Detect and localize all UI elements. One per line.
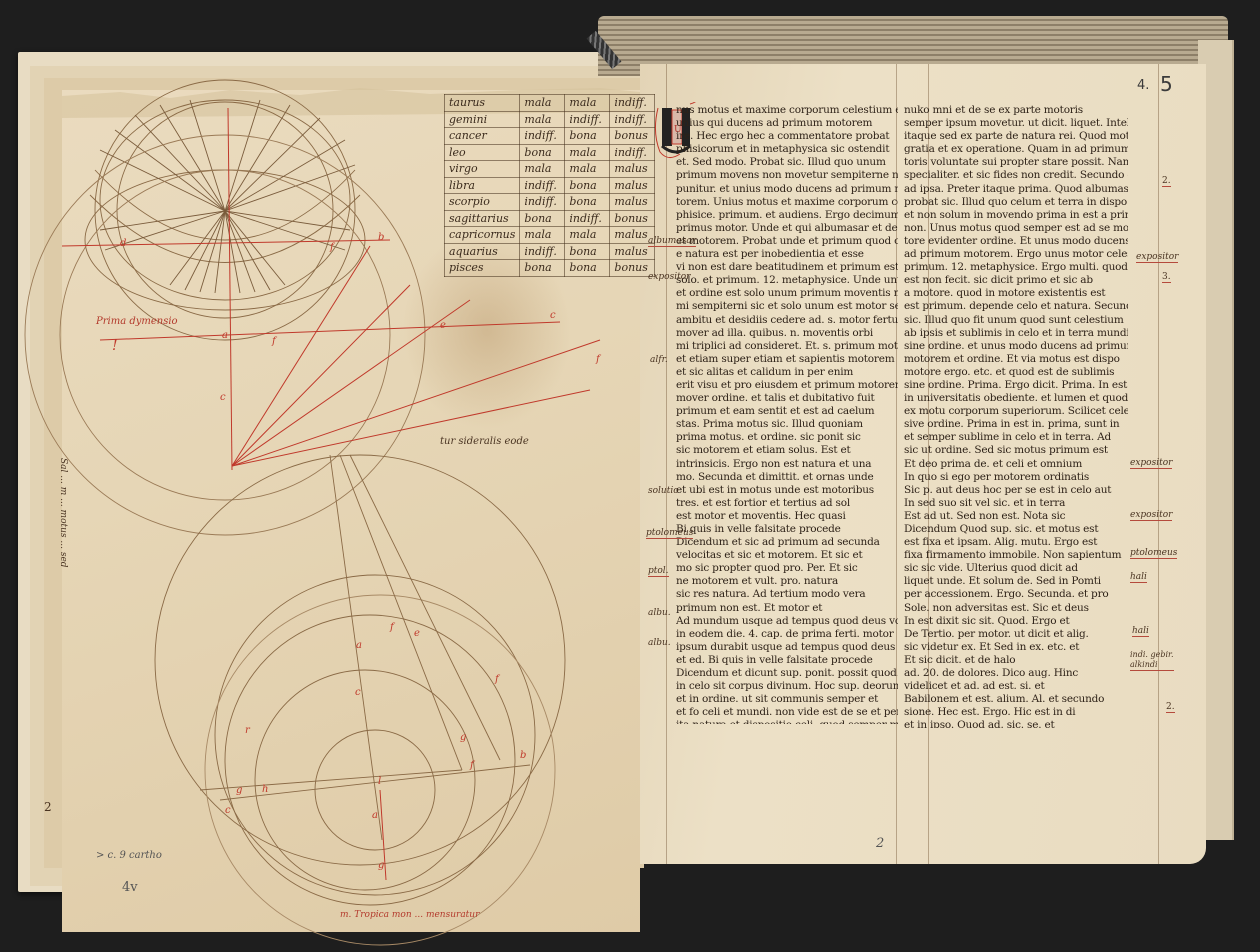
manuscript-text-line: Sic p. aut deus hoc per se est in celo a… — [904, 484, 1128, 497]
margin-note: hali — [1130, 572, 1147, 583]
manuscript-text-line: primum. 12. metaphysice. Ergo multi. quo… — [904, 261, 1128, 274]
quality-cell: bona — [565, 128, 610, 145]
svg-text:b: b — [378, 232, 384, 243]
manuscript-text-line: in eodem die. 4. cap. de prima ferti. mo… — [676, 628, 898, 641]
manuscript-text-line: sic. Illud quo fit unum quod sunt celest… — [904, 314, 1128, 327]
quality-cell: bona — [565, 243, 610, 260]
manuscript-text-line: punitur. et unius modo ducens ad primum … — [676, 183, 898, 196]
quality-cell: mala — [565, 144, 610, 161]
manuscript-text-line: ipsum durabit usque ad tempus quod deus … — [676, 641, 898, 654]
manuscript-text-line: primum movens non movetur sempiterne nec — [676, 169, 898, 182]
quality-cell: indiff. — [610, 111, 655, 128]
quality-cell: indiff. — [520, 128, 565, 145]
quality-cell: mala — [520, 227, 565, 244]
folio-number: 5 — [1160, 72, 1173, 96]
margin-note: ptol. — [648, 566, 669, 577]
manuscript-text-line: fixa firmamento immobile. Non sapientum — [904, 549, 1128, 562]
manuscript-text-line: mover ad illa. quibus. n. moventis orbi — [676, 327, 898, 340]
manuscript-text-line: et. Sed modo. Probat sic. Illud quo unum — [676, 156, 898, 169]
svg-text:b: b — [520, 750, 526, 761]
svg-text:f: f — [389, 622, 396, 633]
svg-text:c: c — [220, 392, 226, 403]
manuscript-text-line: Dicendum et dicunt sup. ponit. possit qu… — [676, 667, 898, 680]
manuscript-text-line: In sed suo sit vel sic. et in terra — [904, 497, 1128, 510]
sign-cell: gemini — [445, 111, 520, 128]
manuscript-text-line: nus motus et maxime corporum celestium e… — [676, 104, 898, 117]
manuscript-text-line: in celo sit corpus divinum. Hoc sup. deo… — [676, 680, 898, 693]
manuscript-text-line: ad primum motorem. Ergo unus motor celes… — [904, 248, 1128, 261]
manuscript-text-line: Sole. non adversitas est. Sic et deus — [904, 602, 1128, 615]
manuscript-text-line: sine ordine. et unus modo ducens ad prim… — [904, 340, 1128, 353]
folio-label-4v: 4v — [122, 880, 138, 895]
manuscript-text-line: tres. et est fortior et tertius ad sol — [676, 497, 898, 510]
manuscript-text-line: et semper sublime in celo et in terra. A… — [904, 431, 1128, 444]
table-row: cancerindiff.bonabonus — [445, 128, 655, 145]
svg-text:f: f — [271, 336, 278, 347]
manuscript-text-line: non. Unus motus quod semper est ad se mo… — [904, 222, 1128, 235]
quality-cell: mala — [520, 95, 565, 112]
sign-cell: sagittarius — [445, 210, 520, 227]
text-column-2: nuko mni et de se ex parte motorissemper… — [904, 104, 1128, 728]
manuscript-text-line: sic res natura. Ad tertium modo vera — [676, 588, 898, 601]
gutter-note: Sal ... m ... motus ... sed — [52, 458, 68, 568]
manuscript-text-line: et ordine est solo unum primum moventis … — [676, 287, 898, 300]
manuscript-text-line: ex motu corporum superiorum. Scilicet ce… — [904, 405, 1128, 418]
manuscript-text-line: toris voluntate sui propter stare possit… — [904, 156, 1128, 169]
manuscript-text-line: sic ut ordine. Sed sic motus primum est — [904, 444, 1128, 457]
manuscript-text-line: Est ad ut. Sed non est. Nota sic — [904, 510, 1128, 523]
folio-number-old: 4. — [1137, 78, 1149, 93]
margin-note: albu. — [648, 638, 671, 648]
sign-cell: scorpio — [445, 194, 520, 211]
manuscript-text-line: unius qui ducens ad primum motorem — [676, 117, 898, 130]
sign-cell: pisces — [445, 260, 520, 277]
quality-cell: bona — [520, 144, 565, 161]
pencil-note: > c. 9 cartho — [96, 850, 162, 861]
quality-cell: malus — [610, 161, 655, 178]
manuscript-text-line: ita natura et dispositio celi. quod semp… — [676, 719, 898, 724]
manuscript-text-line: mi triplici ad consideret. Et. s. primum… — [676, 340, 898, 353]
manuscript-text-line: et ed. Bi quis in velle falsitate proced… — [676, 654, 898, 667]
table-row: virgomalamalamalus — [445, 161, 655, 178]
manuscript-text-line: ambitu et desidiis cedere ad. s. motor f… — [676, 314, 898, 327]
quality-cell: indiff. — [520, 194, 565, 211]
margin-note: 2. — [1162, 176, 1171, 187]
manuscript-text-line: sic motorem et etiam solus. Est et — [676, 444, 898, 457]
quality-cell: malus — [610, 177, 655, 194]
manuscript-text-line: Dicendum et sic ad primum ad secunda — [676, 536, 898, 549]
quality-cell: bona — [565, 177, 610, 194]
manuscript-text-line: mi sempiterni sic et solo unum est motor… — [676, 300, 898, 313]
quality-cell: bonus — [610, 128, 655, 145]
manuscript-text-line: sic sic vide. Ulterius quod dicit ad — [904, 562, 1128, 575]
margin-note: albu. — [648, 608, 671, 618]
manuscript-text-line: per accessionem. Ergo. Secunda. et pro — [904, 588, 1128, 601]
manuscript-text-line: videlicet et ad. ad est. si. et — [904, 680, 1128, 693]
svg-text:h: h — [262, 784, 268, 795]
quality-cell: bonus — [610, 210, 655, 227]
svg-text:a: a — [222, 330, 228, 341]
manuscript-text-line: Babilonem et est. alium. Al. et secundo — [904, 693, 1128, 706]
manuscript-text-line: velocitas et sic et motorem. Et sic et — [676, 549, 898, 562]
manuscript-text-line: mo sic propter quod pro. Per. Et sic — [676, 562, 898, 575]
manuscript-text-line: motore ergo. etc. et quod est de sublimi… — [904, 366, 1128, 379]
red-annotation-prima-dymensio: Prima dymensio — [96, 316, 178, 327]
table-row: aquariusindiff.bonamalus — [445, 243, 655, 260]
quality-cell: bona — [565, 260, 610, 277]
text-column-1: nus motus et maxime corporum celestium e… — [676, 104, 898, 724]
manuscript-text-line: est primum. depende celo et natura. Secu… — [904, 300, 1128, 313]
svg-text:g: g — [460, 732, 466, 743]
sign-cell: taurus — [445, 95, 520, 112]
manuscript-text-line: et in ipso. Quod ad. sic. se. et — [904, 719, 1128, 728]
manuscript-text-line: est non fecit. sic dicit primo et sic ab — [904, 274, 1128, 287]
quality-cell: bona — [520, 260, 565, 277]
margin-note: indi. gebir. alkindi — [1130, 650, 1174, 671]
sign-cell: aquarius — [445, 243, 520, 260]
margin-note: expositor — [648, 272, 690, 282]
manuscript-text-line: ire. Hec ergo hec a commentatore probat — [676, 130, 898, 143]
manuscript-text-line: est fixa et ipsam. Alig. mutu. Ergo est — [904, 536, 1128, 549]
manuscript-text-line: Ad mundum usque ad tempus quod deus volu… — [676, 615, 898, 628]
manuscript-text-line: Bi quis in velle falsitate procede — [676, 523, 898, 536]
manuscript-text-line: sine ordine. Prima. Ergo dicit. Prima. I… — [904, 379, 1128, 392]
manuscript-text-line: motorem et ordine. Et via motus est disp… — [904, 353, 1128, 366]
margin-note: ptolomeus — [646, 528, 693, 539]
svg-text:c: c — [225, 805, 231, 816]
diagram-letter-labels: dbf afe cfc ! afe frc gfb ghl acg — [112, 232, 602, 871]
manuscript-text-line: Et sic dicit. et de halo — [904, 654, 1128, 667]
margin-note: hali — [1132, 626, 1149, 637]
manuscript-text-line: vi non est dare beatitudinem et primum e… — [676, 261, 898, 274]
manuscript-text-line: sic videtur ex. Et Sed in ex. etc. et — [904, 641, 1128, 654]
svg-text:c: c — [355, 687, 361, 698]
manuscript-text-line: In quo si ego per motorem ordinatis — [904, 471, 1128, 484]
manuscript-text-line: et fo celi et mundi. non vide est de se … — [676, 706, 898, 719]
svg-text:r: r — [245, 725, 251, 736]
quality-cell: indiff. — [520, 243, 565, 260]
sign-cell: cancer — [445, 128, 520, 145]
table-row: geminimalaindiff.indiff. — [445, 111, 655, 128]
manuscript-text-line: et sic alitas et calidum in per enim — [676, 366, 898, 379]
manuscript-text-line: Dicendum Quod sup. sic. et motus est — [904, 523, 1128, 536]
svg-text:e: e — [440, 320, 446, 331]
sign-cell: virgo — [445, 161, 520, 178]
manuscript-text-line: itaque sed ex parte de natura rei. Quod … — [904, 130, 1128, 143]
zodiac-signs-table: taurusmalamalaindiff. geminimalaindiff.i… — [444, 94, 655, 277]
manuscript-text-line: torem. Unius motus et maxime corporum ce… — [676, 196, 898, 209]
manuscript-text-line: liquet unde. Et solum de. Sed in Pomti — [904, 575, 1128, 588]
quality-cell: mala — [520, 111, 565, 128]
quality-cell: indiff. — [520, 177, 565, 194]
table-row: sagittariusbonaindiff.bonus — [445, 210, 655, 227]
manuscript-text-line: specialiter. et sic fides non credit. Se… — [904, 169, 1128, 182]
manuscript-text-line: probat sic. Illud quo celum et terra in … — [904, 196, 1128, 209]
manuscript-text-line: nuko mni et de se ex parte motoris — [904, 104, 1128, 117]
lower-eccentric-circles-diagram — [155, 455, 565, 945]
margin-note: ptolomeus — [1130, 548, 1177, 559]
manuscript-text-line: Et deo prima de. et celi et omnium — [904, 458, 1128, 471]
manuscript-text-line: phisice. primum. et audiens. Ergo decimu… — [676, 209, 898, 222]
manuscript-text-line: mover ordine. et talis et dubitativo fui… — [676, 392, 898, 405]
table-row: taurusmalamalaindiff. — [445, 95, 655, 112]
svg-text:e: e — [414, 628, 420, 639]
margin-note: alfr. — [650, 355, 668, 365]
sign-cell: libra — [445, 177, 520, 194]
margin-note: expositor — [1130, 510, 1172, 521]
quality-cell: bona — [520, 210, 565, 227]
manuscript-text-line: ad. 20. de dolores. Dico aug. Hinc — [904, 667, 1128, 680]
manuscript-text-line: est motor et moventis. Hec quasi — [676, 510, 898, 523]
svg-text:l: l — [378, 776, 381, 787]
manuscript-text-line: In est dixit sic sit. Quod. Ergo et — [904, 615, 1128, 628]
table-row: libraindiff.bonamalus — [445, 177, 655, 194]
manuscript-text-line: erit visu et pro eiusdem et primum motor… — [676, 379, 898, 392]
quality-cell: indiff. — [565, 111, 610, 128]
red-annotation-bottom: m. Tropica mon ... mensuratur — [340, 910, 479, 920]
manuscript-text-line: gratia et ex operatione. Quam in ad prim… — [904, 143, 1128, 156]
manuscript-text-line: prima motus. et ordine. sic ponit sic — [676, 431, 898, 444]
table-row: leobonamalaindiff. — [445, 144, 655, 161]
manuscript-text-line: et ubi est in motus unde est motoribus — [676, 484, 898, 497]
manuscript-text-line: primum et eam sentit et est ad caelum — [676, 405, 898, 418]
manuscript-text-line: et non solum in movendo prima in est a p… — [904, 209, 1128, 222]
manuscript-text-line: e natura est per inobedientia et esse — [676, 248, 898, 261]
footer-mark: 2 — [876, 836, 884, 851]
quality-cell: mala — [565, 161, 610, 178]
sign-cell: capricornus — [445, 227, 520, 244]
manuscript-text-line: De Tertio. per motor. ut dicit et alig. — [904, 628, 1128, 641]
manuscript-text-line: semper ipsum movetur. ut dicit. liquet. … — [904, 117, 1128, 130]
manuscript-text-line: et in ordine. ut sit communis semper et — [676, 693, 898, 706]
svg-text:d: d — [120, 238, 126, 249]
margin-note: expositor — [1130, 458, 1172, 469]
quality-cell: indiff. — [610, 95, 655, 112]
margin-note: expositor — [1136, 252, 1178, 263]
svg-text:f: f — [494, 674, 501, 685]
table-row: scorpioindiff.bonamalus — [445, 194, 655, 211]
manuscript-text-line: ab ipsis et sublimis in celo et in terra… — [904, 327, 1128, 340]
sign-cell: leo — [445, 144, 520, 161]
manuscript-text-line: primum non est. Et motor et — [676, 602, 898, 615]
svg-text:a: a — [356, 640, 362, 651]
manuscript-text-line: ne motorem et vult. pro. natura — [676, 575, 898, 588]
manuscript-text-line: solo. et primum. 12. metaphysice. Unde u… — [676, 274, 898, 287]
quality-cell: indiff. — [565, 210, 610, 227]
manuscript-text-line: tore evidenter ordine. Et unus modo duce… — [904, 235, 1128, 248]
manuscript-text-line: in universitatis obediente. et lumen et … — [904, 392, 1128, 405]
margin-note: solutio — [648, 486, 679, 496]
upper-projection-diagram — [25, 80, 425, 535]
manuscript-text-line: sione. Hec est. Ergo. Hic est in di — [904, 706, 1128, 719]
svg-text:f: f — [469, 760, 476, 771]
manuscript-text-line: mo. Secunda et dimittit. et ornas unde — [676, 471, 898, 484]
svg-text:a: a — [372, 810, 378, 821]
table-row: piscesbonabonabonus — [445, 260, 655, 277]
quality-cell: mala — [565, 95, 610, 112]
manuscript-text-line: et motorem. Probat unde et primum quod c… — [676, 235, 898, 248]
margin-note: albumasar — [648, 236, 696, 247]
margin-note: 2. — [1166, 702, 1175, 713]
svg-text:f: f — [595, 354, 602, 365]
table-row: capricornusmalamalamalus — [445, 227, 655, 244]
manuscript-text-line: ad ipsa. Preter itaque prima. Quod album… — [904, 183, 1128, 196]
quality-cell: malus — [610, 194, 655, 211]
manuscript-text-line: phisicorum et in metaphysica sic ostendi… — [676, 143, 898, 156]
svg-text:g: g — [236, 785, 242, 796]
manuscript-text-line: a motore. quod in motore existentis est — [904, 287, 1128, 300]
svg-text:c: c — [550, 310, 556, 321]
manuscript-text-line: primus motor. Unde et qui albumasar et d… — [676, 222, 898, 235]
gutter-number: 2 — [44, 800, 52, 814]
quality-cell: bona — [565, 194, 610, 211]
svg-text:g: g — [378, 860, 384, 871]
quality-cell: mala — [565, 227, 610, 244]
brown-annotation-sideralis: tur sideralis eode — [440, 436, 529, 447]
svg-text:!: ! — [112, 338, 118, 354]
quality-cell: indiff. — [610, 144, 655, 161]
quality-cell: mala — [520, 161, 565, 178]
manuscript-text-line: sive ordine. Prima in est in. prima, sun… — [904, 418, 1128, 431]
manuscript-text-line: stas. Prima motus sic. Illud quoniam — [676, 418, 898, 431]
margin-note: 3. — [1162, 272, 1171, 283]
manuscript-text-line: et etiam super etiam et sapientis motore… — [676, 353, 898, 366]
manuscript-text-line: intrinsicis. Ergo non est natura et una — [676, 458, 898, 471]
